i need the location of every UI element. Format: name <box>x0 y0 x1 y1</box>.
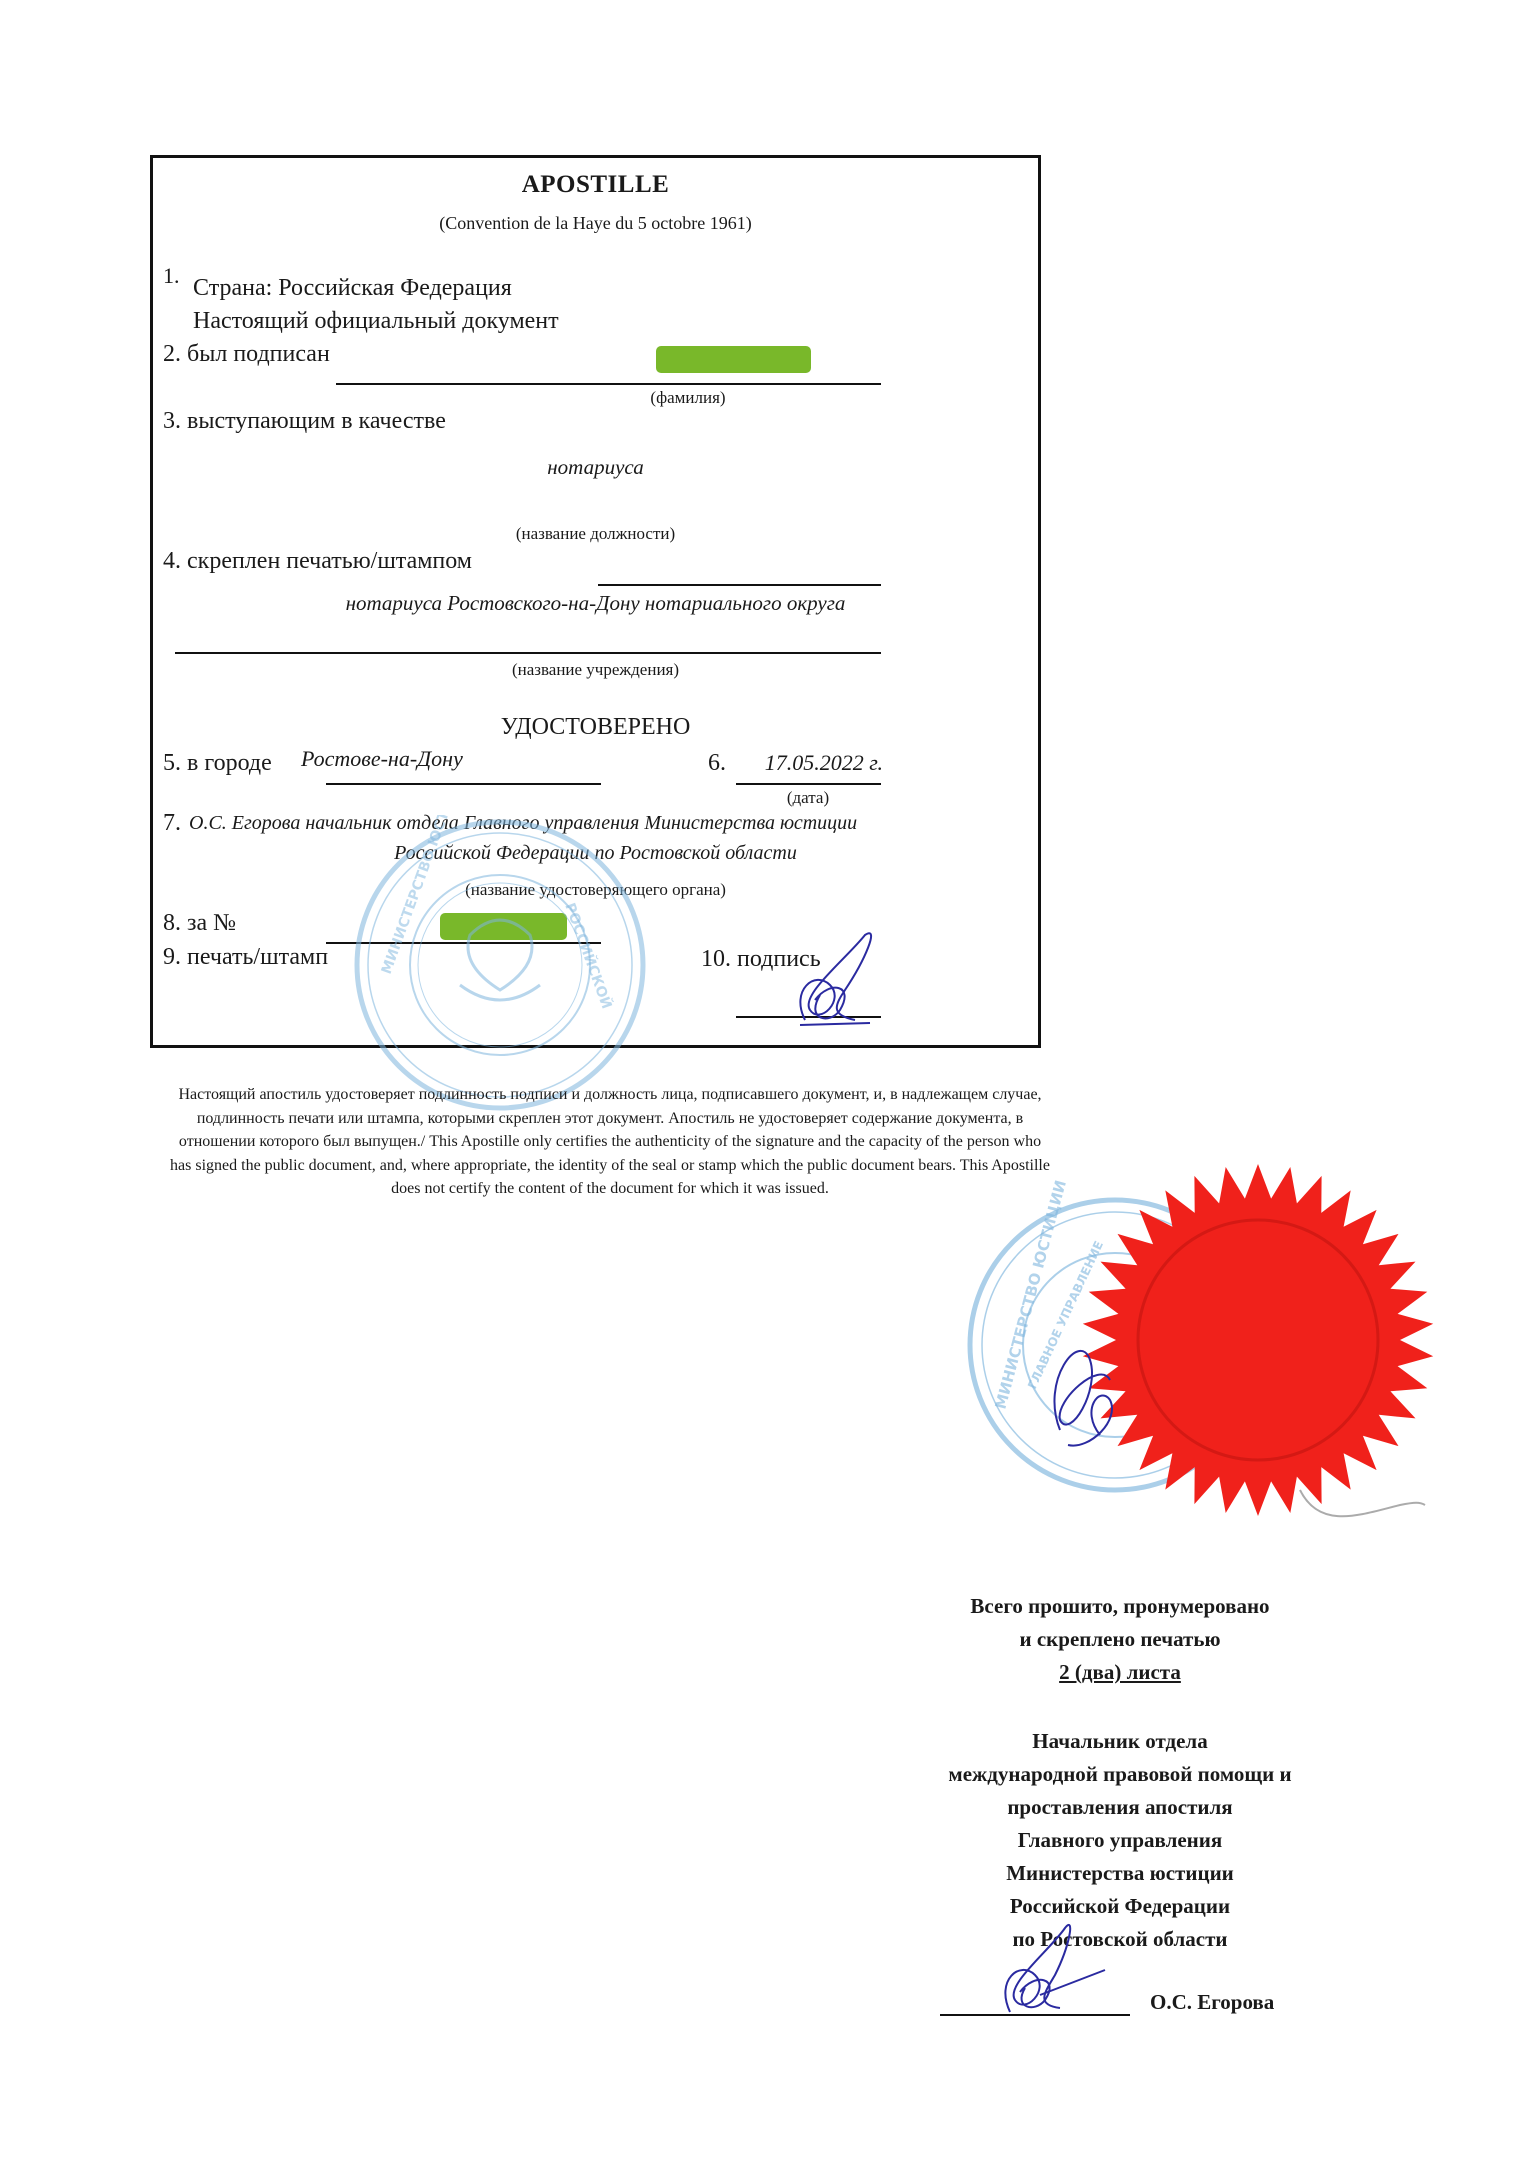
item10-underline <box>736 1016 881 1018</box>
apostille-disclaimer: Настоящий апостиль удостоверяет подлинно… <box>170 1083 1050 1201</box>
official-line-7: по Ростовской области <box>895 1923 1345 1956</box>
svg-text:МИНИСТЕРСТВО ЮСТИЦИИ: МИНИСТЕРСТВО ЮСТИЦИИ <box>991 1178 1070 1411</box>
item3-label: 3. выступающим в качестве <box>163 408 446 435</box>
signature-2-icon <box>1054 1351 1112 1446</box>
item3-caption: (название должности) <box>153 524 1038 544</box>
item2-underline <box>336 383 881 385</box>
apostille-title: APOSTILLE <box>153 171 1038 199</box>
svg-text:ГЛАВНОЕ УПРАВЛЕНИЕ: ГЛАВНОЕ УПРАВЛЕНИЕ <box>1025 1239 1106 1391</box>
binding-thread-icon <box>1300 1490 1425 1516</box>
official-line-5: Министерства юстиции <box>895 1857 1345 1890</box>
redacted-signer-name <box>656 346 811 373</box>
item6-underline <box>736 783 881 785</box>
official-title-block: Начальник отдела международной правовой … <box>895 1725 1345 1956</box>
item5-value: Ростове-на-Дону <box>301 746 463 772</box>
item9-label: 9. печать/штамп <box>163 944 328 971</box>
item1-country: Страна: Российская Федерация <box>193 275 512 302</box>
seal-cluster: МИНИСТЕРСТВО ЮСТИЦИИ ГЛАВНОЕ УПРАВЛЕНИЕ <box>960 1150 1460 1570</box>
cert-line-2: и скреплено печатью <box>895 1623 1345 1656</box>
item4-caption: (название учреждения) <box>153 660 1038 680</box>
apostille-form: APOSTILLE (Convention de la Haye du 5 oc… <box>150 155 1041 1048</box>
ministry-stamp-2-icon <box>970 1200 1260 1490</box>
official-line-4: Главного управления <box>895 1824 1345 1857</box>
item1-document: Настоящий официальный документ <box>193 308 559 335</box>
item1-number: 1. <box>163 263 180 289</box>
official-name: О.С. Егорова <box>1150 1990 1274 2015</box>
item6-value: 17.05.2022 г. <box>733 750 883 776</box>
item7-label: 7. <box>163 810 181 837</box>
item7-caption: (название удостоверяющего органа) <box>153 880 1038 900</box>
item6-caption: (дата) <box>768 788 848 808</box>
item8-label: 8. за № <box>163 910 236 937</box>
item4-underline <box>598 584 881 586</box>
certified-heading: УДОСТОВЕРЕНО <box>153 714 1038 741</box>
cert-line-1: Всего прошито, пронумеровано <box>895 1590 1345 1623</box>
official-signature-line <box>940 2014 1130 2016</box>
item7-value-line1: О.С. Егорова начальник отдела Главного у… <box>189 812 857 835</box>
official-line-1: Начальник отдела <box>895 1725 1345 1758</box>
item4-value: нотариуса Ростовского-на-Дону нотариальн… <box>153 591 1038 616</box>
item5-label: 5. в городе <box>163 750 272 777</box>
item5-underline <box>326 783 601 785</box>
item4-underline-2 <box>175 652 881 654</box>
item2-caption: (фамилия) <box>613 388 763 408</box>
item4-label: 4. скреплен печатью/штампом <box>163 548 472 575</box>
red-seal-icon <box>1083 1164 1433 1516</box>
redacted-apostille-number <box>440 913 567 940</box>
official-line-2: международной правовой помощи и <box>895 1758 1345 1791</box>
item10-label: 10. подпись <box>701 946 821 973</box>
item3-value: нотариуса <box>153 455 1038 480</box>
item2-label: 2. был подписан <box>163 341 330 368</box>
binding-certification: Всего прошито, пронумеровано и скреплено… <box>895 1590 1345 1689</box>
item6-label: 6. <box>708 750 726 777</box>
item7-value-line2: Российской Федерации по Ростовской облас… <box>153 842 1038 865</box>
cert-sheets: 2 (два) листа <box>895 1656 1345 1689</box>
official-line-6: Российской Федерации <box>895 1890 1345 1923</box>
convention-subtitle: (Convention de la Haye du 5 octobre 1961… <box>153 213 1038 234</box>
official-line-3: проставления апостиля <box>895 1791 1345 1824</box>
item8-underline <box>326 942 601 944</box>
